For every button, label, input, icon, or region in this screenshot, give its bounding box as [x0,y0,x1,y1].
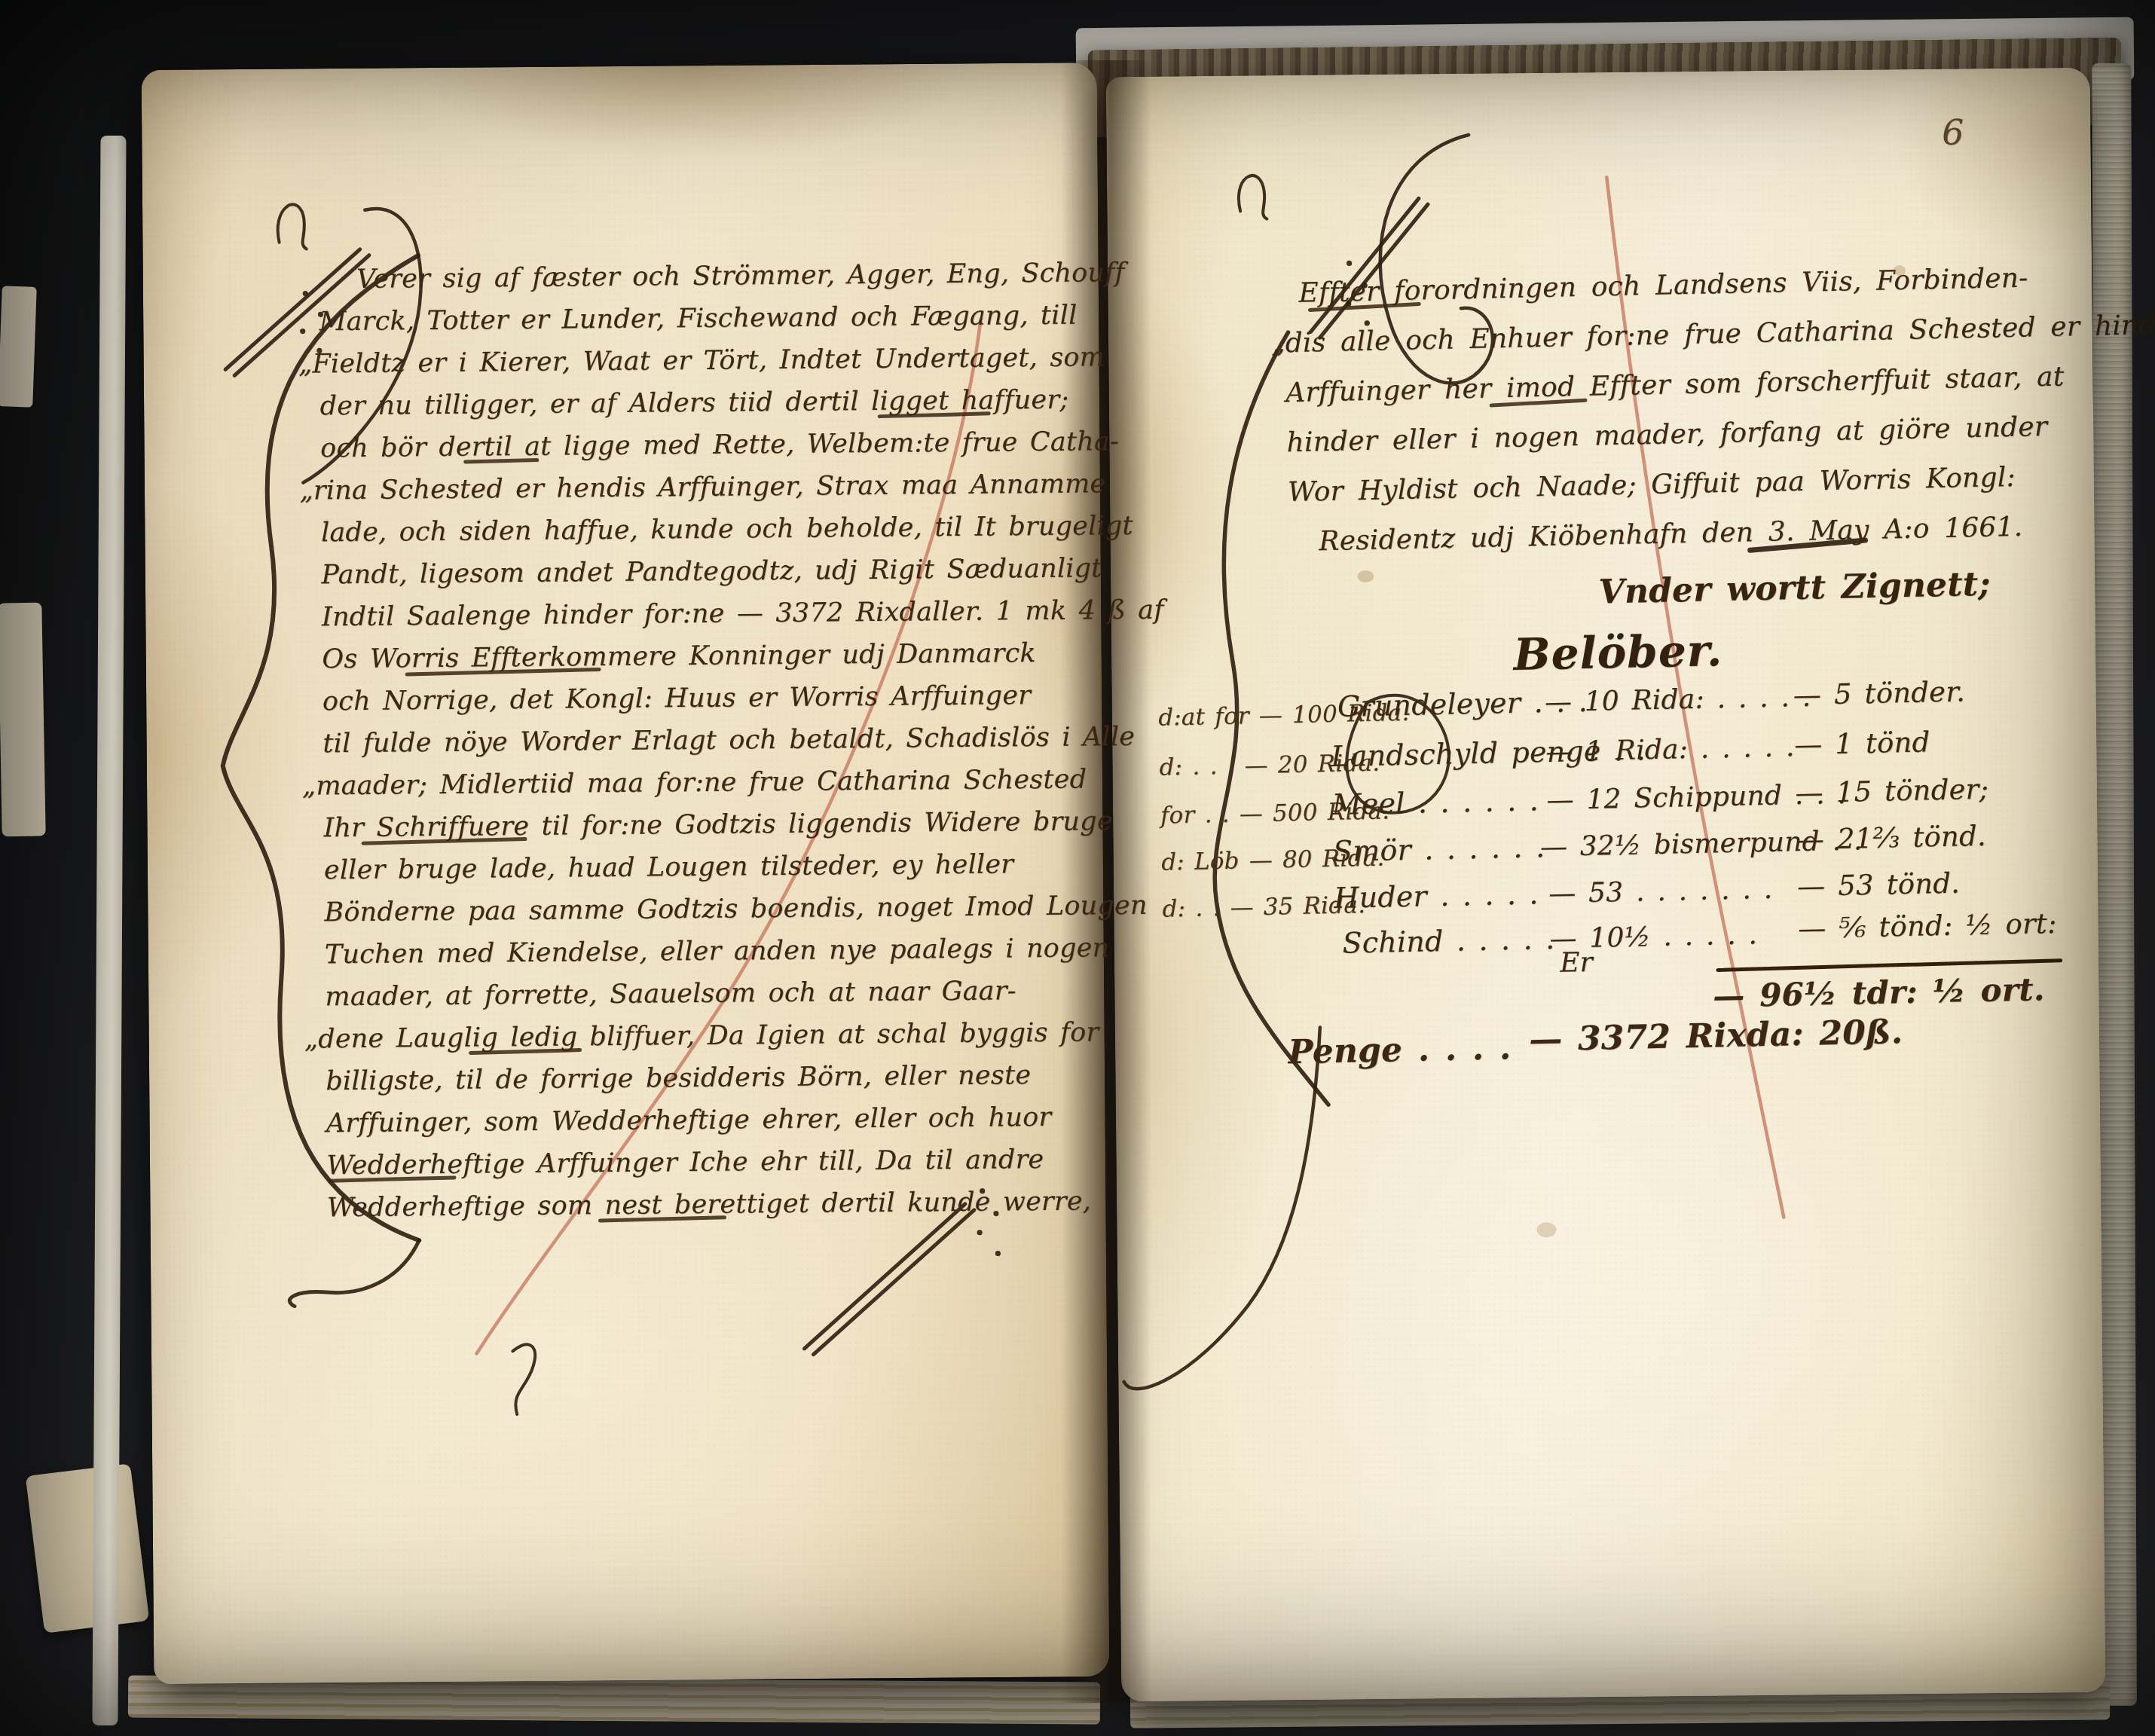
manuscript-line: eller bruge lade, huad Lougen tilsteder,… [324,849,1014,885]
table-total: — 96½ tdr: ½ ort. [1713,970,2045,1014]
manuscript-line: Arffuinger, som Wedderheftige ehrer, ell… [326,1102,1052,1138]
book-photo: Verer sig af fæster och Strömmer, Agger,… [0,0,2155,1736]
penge-label: Penge . . . . [1288,1028,1512,1071]
squiggle-mark [277,204,306,249]
table-row-value: — 5 tönder. [1793,675,1965,711]
table-row-amount: — 53 . . . . . . . [1548,874,1773,909]
manuscript-line: Bönderne paa samme Godtzis boendis, noge… [324,891,1148,928]
manuscript-line: „Fieldtz er i Kierer, Waat er Tört, Indt… [298,342,1105,379]
manuscript-line: billigste, til de forrige besidderis Bör… [326,1060,1031,1096]
manuscript-line: lade, och siden haffue, kunde och behold… [321,511,1133,548]
manuscript-line: Wor Hyldist och Naade; Giffuit paa Worri… [1288,462,2016,508]
penge-value: — 3372 Rixda: 20ß. [1529,1013,1903,1059]
manuscript-line: Residentz udj Kiöbenhafn den 3. May A:o … [1319,512,2023,558]
table-row-value: — 53 tönd. [1797,867,1961,903]
manuscript-line: maader, at forrette, Saauelsom och at na… [325,976,1016,1012]
right-page-content: 6 Effter forordningen och Landsens Viis,… [1090,35,2150,1736]
manuscript-line: Verer sig af fæster och Strömmer, Agger,… [356,258,1125,295]
manuscript-line: Marck, Totter er Lunder, Fischewand och … [319,301,1077,338]
paper-scrap [0,603,46,837]
table-row-label: Meel . . . . . . [1331,784,1539,821]
left-page-content: Verer sig af fæster och Strömmer, Agger,… [106,56,1115,1692]
table-row-label: Huder . . . . . [1334,877,1539,915]
total-rule [1716,958,2062,972]
manuscript-line: til fulde nöye Worder Erlagt och betaldt… [322,722,1135,759]
paper-scrap [0,286,37,408]
manuscript-line: „dis alle och Enhuer for:ne frue Cathari… [1270,309,2155,359]
table-row-value: — 15 tönder; [1795,773,1989,809]
table-row-amount: — 1 Rida: . . . . . [1545,732,1795,768]
manuscript-line: Effter forordningen och Landsens Viis, F… [1298,262,2028,308]
manuscript-line: Os Worris Effterkommere Konninger udj Da… [322,638,1036,674]
manuscript-line: Wedderheftige Arffuinger Iche ehr till, … [326,1145,1044,1181]
table-row-label: Smör . . . . . . [1333,830,1545,868]
signoff-line: Vnder wortt Zignett; [1493,565,1991,614]
hook-mark [512,1344,535,1414]
manuscript-line: och Norrige, det Kongl: Huus er Worris A… [322,680,1032,717]
page-number: 6 [1942,112,1965,153]
manuscript-line: Ihr Schriffuere til for:ne Godtzis ligge… [323,806,1113,843]
manuscript-line: Indtil Saalenge hinder for:ne — 3372 Rix… [322,595,1164,633]
table-heading: Belöber. [1513,625,1723,680]
table-row-value: — ⅚ tönd: ½ ort: [1798,907,2057,945]
manuscript-line: „dene Lauglig ledig bliffuer, Da Igien a… [304,1017,1099,1054]
manuscript-line: Arffuinger her imod Effter som forscherf… [1285,362,2065,409]
manuscript-line: Tuchen med Kiendelse, eller anden nye pa… [325,933,1110,970]
end-mark [803,1204,967,1349]
penge-swash [1117,1027,1328,1389]
end-mark [812,1210,976,1355]
manuscript-line: Pandt, ligesom andet Pandtegodtz, udj Ri… [321,553,1102,590]
manuscript-line: „rina Schested er hendis Arffuinger, Str… [299,469,1105,506]
caret-mark [1308,198,1422,332]
er-label: Er [1560,947,1594,979]
squiggle-mark [1238,176,1267,220]
manuscript-line: och bör dertil at ligge med Rette, Welbe… [320,426,1119,463]
table-row-value: — 21⅔ tönd. [1796,820,1986,856]
table-row-label: Schind . . . . . [1342,922,1555,960]
brace-tail [289,1240,420,1307]
manuscript-line: hinder eller i nogen maader, forfang at … [1286,411,2048,458]
table-row-amount: — 10 Rida: . . . . . [1544,682,1811,718]
manuscript-line: „maader; Midlertiid maa for:ne frue Cath… [302,764,1087,801]
caret-mark [1317,204,1431,338]
table-row-value: — 1 tönd [1794,726,1930,761]
